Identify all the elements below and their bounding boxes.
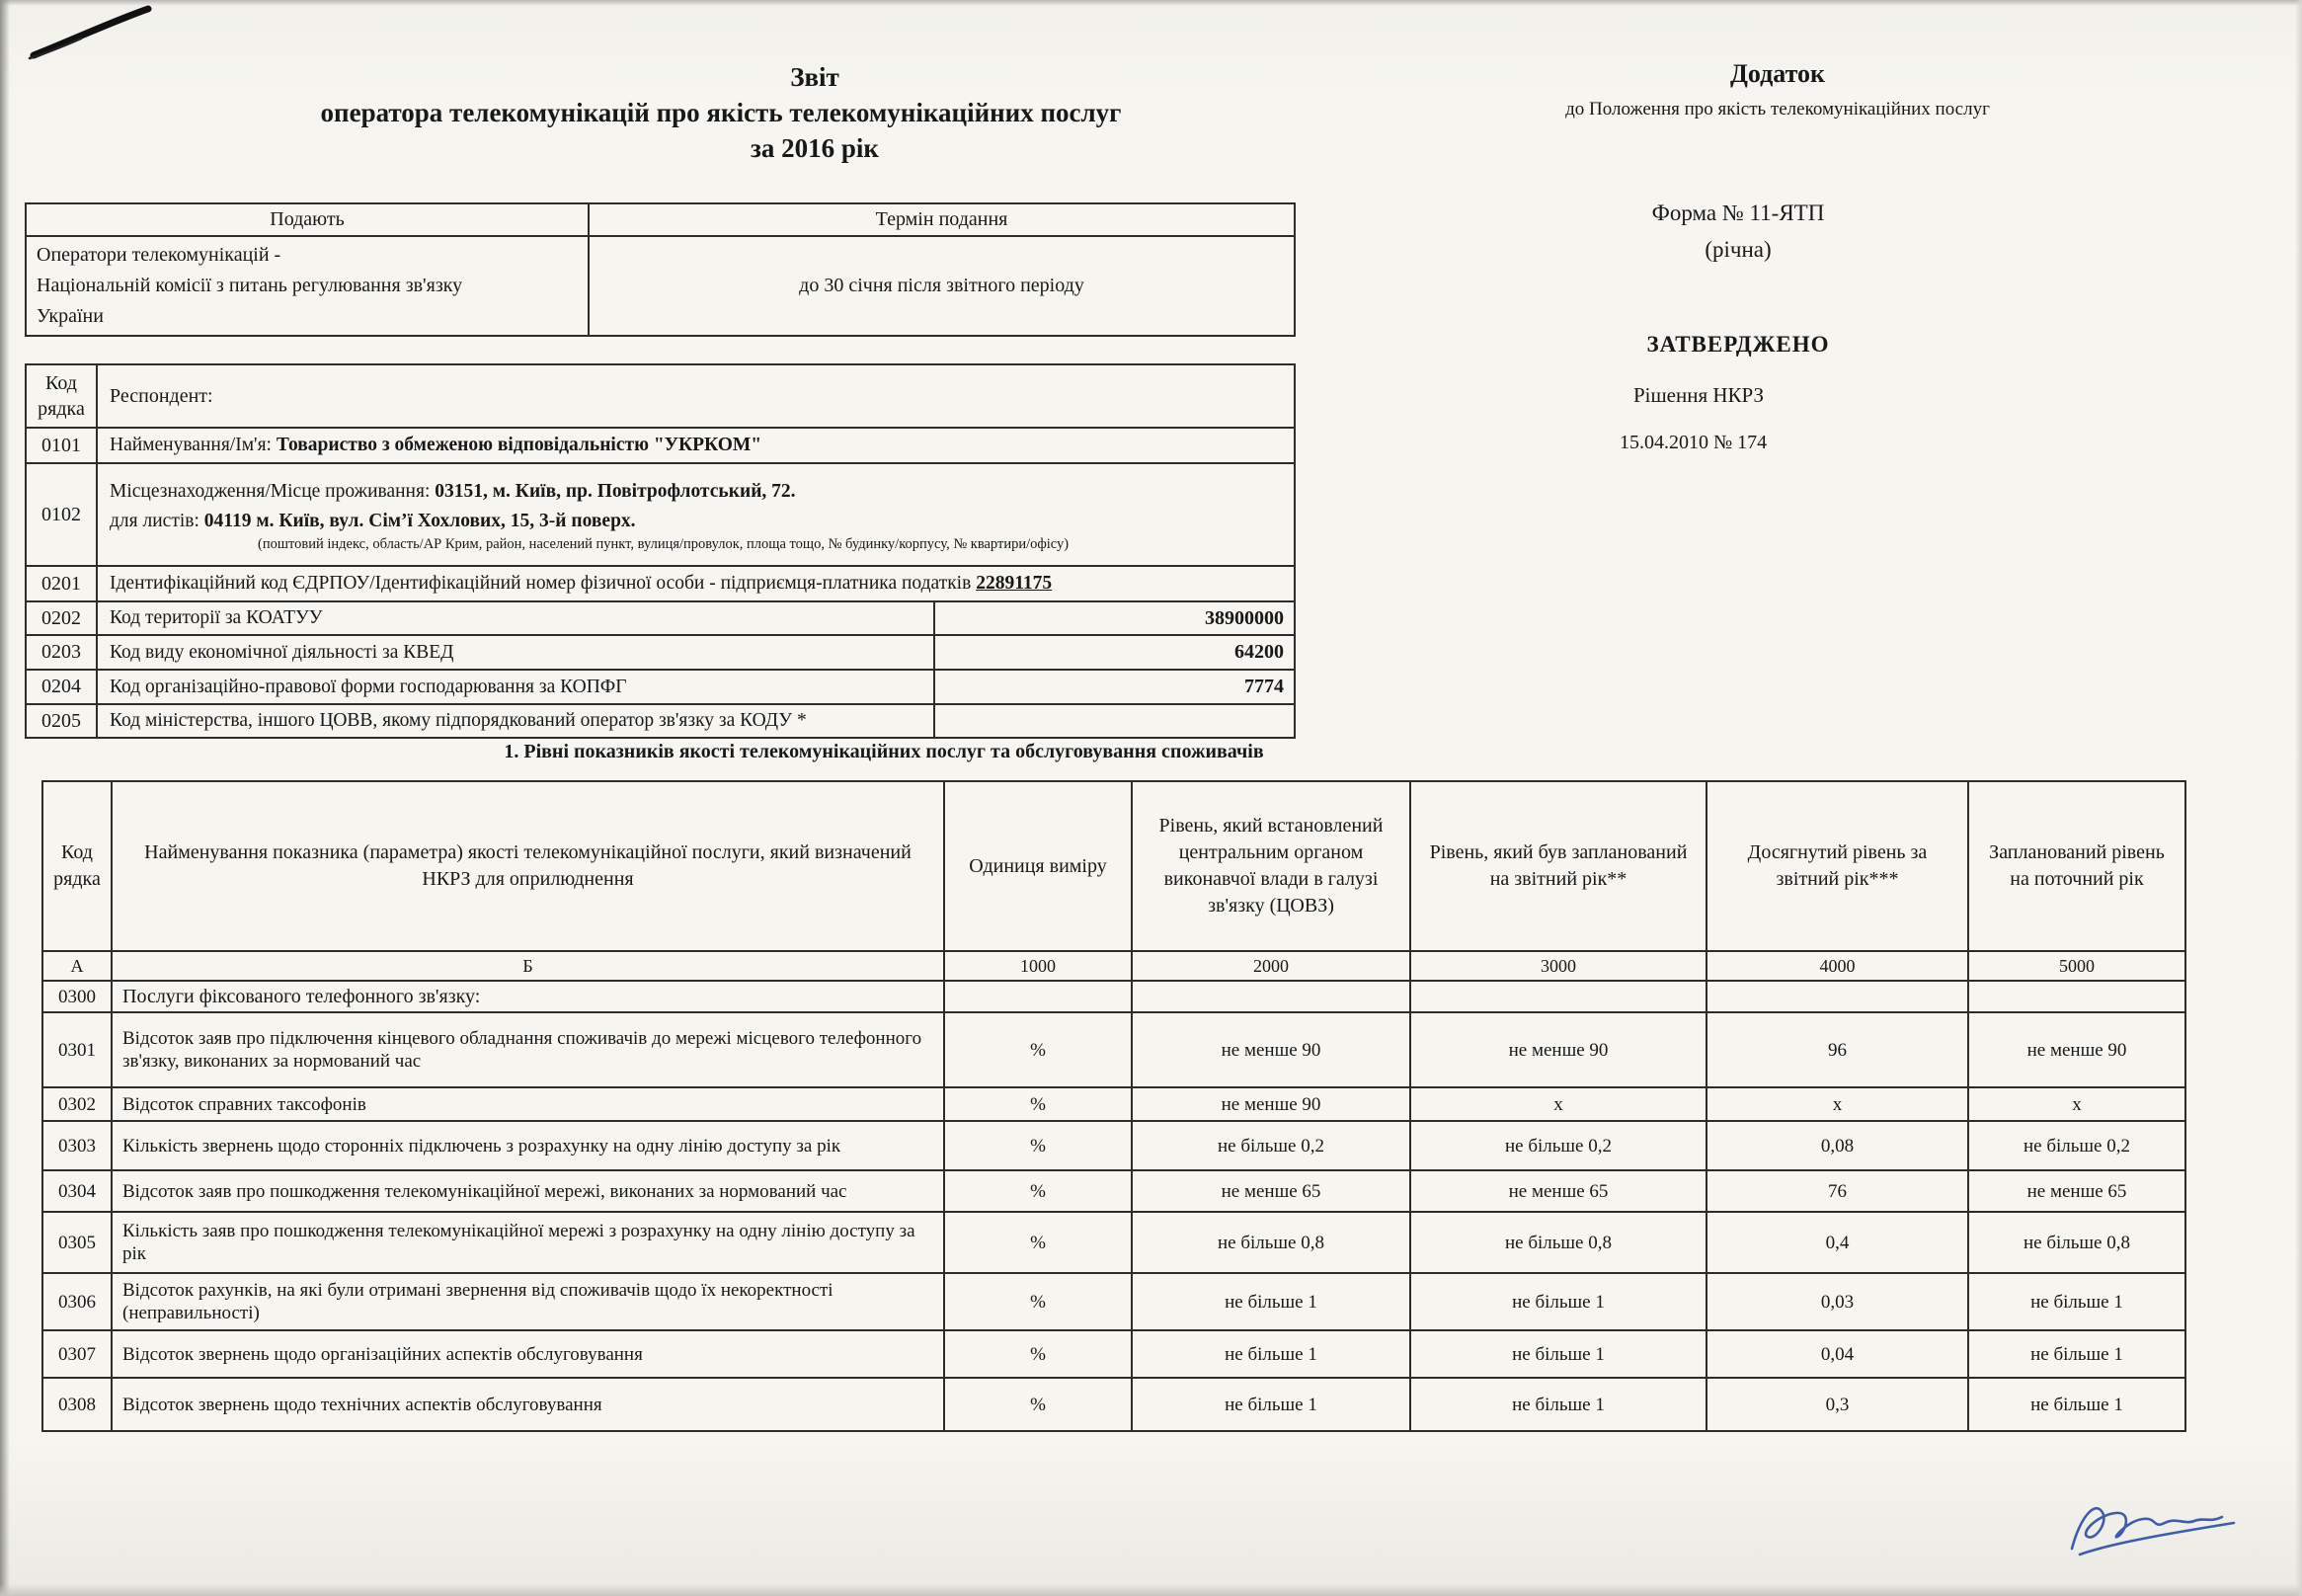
- row-content: Найменування/Ім'я: Товариство з обмежено…: [97, 428, 1295, 463]
- row-code: 0205: [26, 704, 97, 738]
- cell-planned_report: не менше 65: [1410, 1170, 1707, 1212]
- cell-name: Послуги фіксованого телефонного зв'язку:: [112, 981, 944, 1012]
- cell-achieved: [1707, 981, 1968, 1012]
- annex-title: Додаток: [1481, 59, 2074, 89]
- cell-planned_report: не більше 1: [1410, 1273, 1707, 1330]
- column-header-achieved: Досягнутий рівень за звітний рік***: [1707, 781, 1968, 951]
- scan-edge-top: [0, 0, 2302, 6]
- row-value: 64200: [934, 635, 1295, 670]
- submission-term-header: Термін подання: [589, 203, 1295, 236]
- cell-code: 0303: [42, 1121, 112, 1170]
- approved-date: 15.04.2010 № 174: [1620, 432, 1767, 454]
- respondent-row-0203: 0203Код виду економічної діяльності за К…: [26, 635, 1295, 670]
- cell-name: Кількість заяв про пошкодження телекомун…: [112, 1212, 944, 1273]
- cell-unit: %: [944, 1378, 1132, 1431]
- row-value: [934, 704, 1295, 738]
- respondent-row-0205: 0205Код міністерства, іншого ЦОВВ, якому…: [26, 704, 1295, 738]
- cell-established: не менше 65: [1132, 1170, 1410, 1212]
- quality-row-0303: 0303Кількість звернень щодо сторонніх пі…: [42, 1121, 2185, 1170]
- cell-name: Відсоток звернень щодо організаційних ас…: [112, 1330, 944, 1378]
- cell-planned_report: не більше 0,8: [1410, 1212, 1707, 1273]
- cell-name: Відсоток справних таксофонів: [112, 1087, 944, 1121]
- cell-code: 0300: [42, 981, 112, 1012]
- row-label: Код виду економічної діяльності за КВЕД: [97, 635, 934, 670]
- column-header-established: Рівень, який встановлений центральним ор…: [1132, 781, 1410, 951]
- cell-unit: %: [944, 1012, 1132, 1087]
- row-value: 38900000: [934, 601, 1295, 635]
- approved-label: ЗАТВЕРДЖЕНО: [1541, 332, 1936, 358]
- cell-code: 0302: [42, 1087, 112, 1121]
- row-label: Код міністерства, іншого ЦОВВ, якому під…: [97, 704, 934, 738]
- cell-established: не більше 0,2: [1132, 1121, 1410, 1170]
- quality-row-0300: 0300Послуги фіксованого телефонного зв'я…: [42, 981, 2185, 1012]
- scan-edge-left: [0, 0, 10, 1596]
- row-code: 0202: [26, 601, 97, 635]
- respondent-row-0202: 0202Код території за КОАТУУ38900000: [26, 601, 1295, 635]
- column-subcode-name: Б: [112, 951, 944, 981]
- column-header-name: Найменування показника (параметра) якост…: [112, 781, 944, 951]
- quality-row-0302: 0302Відсоток справних таксофонів%не менш…: [42, 1087, 2185, 1121]
- provider-line: Оператори телекомунікацій -: [37, 240, 580, 271]
- column-subcode-unit: 1000: [944, 951, 1132, 981]
- quality-row-0301: 0301Відсоток заяв про підключення кінцев…: [42, 1012, 2185, 1087]
- column-subcode-planned_report: 3000: [1410, 951, 1707, 981]
- row-label: Ідентифікаційний код ЄДРПОУ/Ідентифікаці…: [110, 573, 976, 594]
- handwritten-signature: [2054, 1472, 2271, 1580]
- cell-planned_current: не більше 1: [1968, 1330, 2185, 1378]
- cell-name: Відсоток звернень щодо технічних аспекті…: [112, 1378, 944, 1431]
- quality-row-0307: 0307Відсоток звернень щодо організаційни…: [42, 1330, 2185, 1378]
- quality-indicators-table: Код рядкаНайменування показника (парамет…: [41, 780, 2186, 1432]
- cell-unit: %: [944, 1212, 1132, 1273]
- column-subcode-code: А: [42, 951, 112, 981]
- address-value: 04119 м. Київ, вул. Сім’ї Хохлових, 15, …: [204, 511, 636, 531]
- cell-unit: %: [944, 1121, 1132, 1170]
- address-note: (поштовий індекс, область/АР Крим, район…: [258, 536, 1286, 553]
- section1-heading: 1. Рівні показників якості телекомунікац…: [0, 741, 1768, 763]
- quality-row-0305: 0305Кількість заяв про пошкодження телек…: [42, 1212, 2185, 1273]
- row-value: Товариство з обмеженою відповідальністю …: [277, 435, 761, 455]
- report-title-line2: оператора телекомунікацій про якість тел…: [168, 95, 1274, 130]
- cell-planned_current: не більше 1: [1968, 1273, 2185, 1330]
- cell-achieved: 0,4: [1707, 1212, 1968, 1273]
- address-line: Місцезнаходження/Місце проживання: 03151…: [110, 477, 1286, 507]
- cell-planned_current: х: [1968, 1087, 2185, 1121]
- cell-name: Кількість звернень щодо сторонніх підклю…: [112, 1121, 944, 1170]
- cell-unit: %: [944, 1087, 1132, 1121]
- address-line: для листів: 04119 м. Київ, вул. Сім’ї Хо…: [110, 507, 1286, 536]
- cell-achieved: 0,08: [1707, 1121, 1968, 1170]
- cell-planned_current: не більше 1: [1968, 1378, 2185, 1431]
- submission-who-header: Подають: [26, 203, 589, 236]
- row-code: 0203: [26, 635, 97, 670]
- cell-planned_current: не більше 0,2: [1968, 1121, 2185, 1170]
- cell-achieved: х: [1707, 1087, 1968, 1121]
- row-code: 0101: [26, 428, 97, 463]
- quality-table-subhead-row: АБ10002000300040005000: [42, 951, 2185, 981]
- row-value: 7774: [934, 670, 1295, 704]
- column-header-unit: Одиниця виміру: [944, 781, 1132, 951]
- row-code: 0201: [26, 566, 97, 601]
- scan-edge-bottom: [0, 1584, 2302, 1596]
- column-subcode-established: 2000: [1132, 951, 1410, 981]
- cell-unit: [944, 981, 1132, 1012]
- form-number: Форма № 11-ЯТП: [1541, 200, 1936, 226]
- address-label: для листів:: [110, 511, 204, 531]
- pen-stroke-mark: [26, 4, 164, 61]
- report-title: Звіт оператора телекомунікацій про якіст…: [168, 59, 1274, 166]
- cell-planned_current: не більше 0,8: [1968, 1212, 2185, 1273]
- cell-unit: %: [944, 1170, 1132, 1212]
- column-header-planned_current: Запланований рівень на поточний рік: [1968, 781, 2185, 951]
- address-label: Місцезнаходження/Місце проживання:: [110, 481, 435, 502]
- quality-row-0306: 0306Відсоток рахунків, на які були отрим…: [42, 1273, 2185, 1330]
- cell-established: [1132, 981, 1410, 1012]
- quality-table-rows: 0300Послуги фіксованого телефонного зв'я…: [42, 981, 2185, 1431]
- cell-name: Відсоток заяв про пошкодження телекомуні…: [112, 1170, 944, 1212]
- provider-line: Національній комісії з питань регулюванн…: [37, 271, 580, 301]
- row-label: Код організаційно-правової форми господа…: [97, 670, 934, 704]
- cell-planned_report: не більше 0,2: [1410, 1121, 1707, 1170]
- report-title-line3: за 2016 рік: [356, 130, 1274, 166]
- cell-achieved: 0,3: [1707, 1378, 1968, 1431]
- submission-term-cell: до 30 січня після звітного періоду: [589, 236, 1295, 336]
- cell-code: 0306: [42, 1273, 112, 1330]
- cell-unit: %: [944, 1273, 1132, 1330]
- respondent-row-0101: 0101Найменування/Ім'я: Товариство з обме…: [26, 428, 1295, 463]
- cell-established: не більше 1: [1132, 1273, 1410, 1330]
- column-subcode-planned_current: 5000: [1968, 951, 2185, 981]
- column-header-code: Код рядка: [42, 781, 112, 951]
- cell-code: 0307: [42, 1330, 112, 1378]
- cell-achieved: 76: [1707, 1170, 1968, 1212]
- cell-code: 0308: [42, 1378, 112, 1431]
- scan-edge-right: [2295, 0, 2302, 1596]
- cell-established: не більше 1: [1132, 1330, 1410, 1378]
- row-content: Місцезнаходження/Місце проживання: 03151…: [97, 463, 1295, 566]
- respondent-table: Код рядка Респондент: 0101Найменування/І…: [25, 363, 1296, 739]
- respondent-code-header: Код рядка: [26, 364, 97, 428]
- cell-unit: %: [944, 1330, 1132, 1378]
- row-code: 0204: [26, 670, 97, 704]
- cell-code: 0301: [42, 1012, 112, 1087]
- respondent-row-0204: 0204Код організаційно-правової форми гос…: [26, 670, 1295, 704]
- row-value: 22891175: [976, 573, 1052, 594]
- approved-by: Рішення НКРЗ: [1501, 383, 1896, 408]
- cell-name: Відсоток заяв про підключення кінцевого …: [112, 1012, 944, 1087]
- cell-achieved: 96: [1707, 1012, 1968, 1087]
- submission-provider-cell: Оператори телекомунікацій - Національній…: [26, 236, 589, 336]
- cell-established: не менше 90: [1132, 1012, 1410, 1087]
- row-label: Найменування/Ім'я:: [110, 435, 277, 455]
- cell-established: не більше 0,8: [1132, 1212, 1410, 1273]
- respondent-rows: 0101Найменування/Ім'я: Товариство з обме…: [26, 428, 1295, 738]
- cell-code: 0305: [42, 1212, 112, 1273]
- quality-row-0304: 0304Відсоток заяв про пошкодження телеко…: [42, 1170, 2185, 1212]
- address-value: 03151, м. Київ, пр. Повітрофлотський, 72…: [435, 481, 795, 502]
- cell-planned_report: [1410, 981, 1707, 1012]
- cell-planned_report: х: [1410, 1087, 1707, 1121]
- cell-planned_current: не менше 65: [1968, 1170, 2185, 1212]
- provider-line: України: [37, 301, 580, 332]
- cell-established: не менше 90: [1132, 1087, 1410, 1121]
- scanned-document: { "colors": { "paper": "#f6f5f0", "ink":…: [0, 0, 2302, 1596]
- column-header-planned_report: Рівень, який був запланований на звітний…: [1410, 781, 1707, 951]
- cell-code: 0304: [42, 1170, 112, 1212]
- report-title-line1: Звіт: [356, 59, 1274, 95]
- column-subcode-achieved: 4000: [1707, 951, 1968, 981]
- cell-achieved: 0,04: [1707, 1330, 1968, 1378]
- cell-planned_current: не менше 90: [1968, 1012, 2185, 1087]
- respondent-row-0201: 0201Ідентифікаційний код ЄДРПОУ/Ідентифі…: [26, 566, 1295, 601]
- submission-table: Подають Термін подання Оператори телеком…: [25, 202, 1296, 337]
- cell-planned_report: не менше 90: [1410, 1012, 1707, 1087]
- cell-planned_current: [1968, 981, 2185, 1012]
- cell-name: Відсоток рахунків, на які були отримані …: [112, 1273, 944, 1330]
- cell-planned_report: не більше 1: [1410, 1378, 1707, 1431]
- row-content: Ідентифікаційний код ЄДРПОУ/Ідентифікаці…: [97, 566, 1295, 601]
- quality-table-head-row: Код рядкаНайменування показника (парамет…: [42, 781, 2185, 951]
- respondent-header: Респондент:: [97, 364, 1295, 428]
- cell-achieved: 0,03: [1707, 1273, 1968, 1330]
- cell-planned_report: не більше 1: [1410, 1330, 1707, 1378]
- annex-subtitle: до Положення про якість телекомунікаційн…: [1481, 99, 2074, 120]
- cell-established: не більше 1: [1132, 1378, 1410, 1431]
- respondent-row-0102: 0102Місцезнаходження/Місце проживання: 0…: [26, 463, 1295, 566]
- row-code: 0102: [26, 463, 97, 566]
- form-period: (річна): [1541, 237, 1936, 263]
- quality-row-0308: 0308Відсоток звернень щодо технічних асп…: [42, 1378, 2185, 1431]
- row-label: Код території за КОАТУУ: [97, 601, 934, 635]
